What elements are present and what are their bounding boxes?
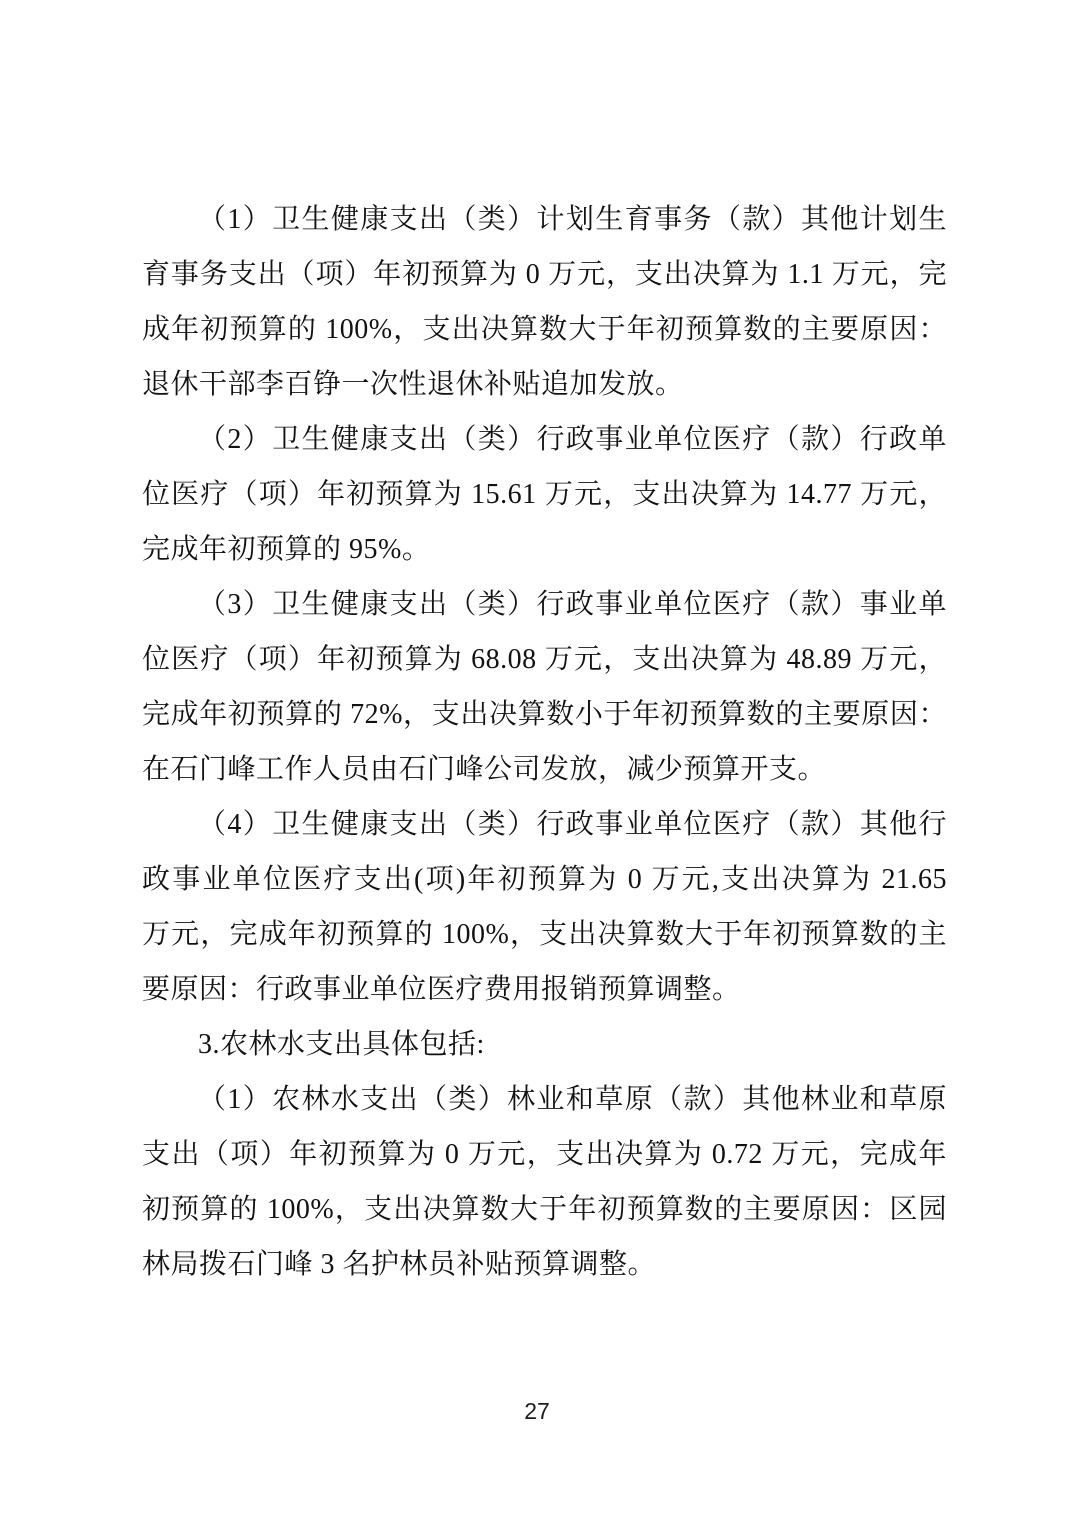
- text-line: 完成年初预算的 95%。: [142, 522, 947, 577]
- text-line: （4）卫生健康支出（类）行政事业单位医疗（款）其他行: [142, 797, 947, 852]
- text-line: （1）农林水支出（类）林业和草原（款）其他林业和草原: [142, 1072, 947, 1127]
- text-line: （3）卫生健康支出（类）行政事业单位医疗（款）事业单: [142, 577, 947, 632]
- text-line: 位医疗（项）年初预算为 68.08 万元，支出决算为 48.89 万元，: [142, 632, 947, 687]
- text-line: 完成年初预算的 72%，支出决算数小于年初预算数的主要原因：: [142, 687, 947, 742]
- text-line: 位医疗（项）年初预算为 15.61 万元，支出决算为 14.77 万元，: [142, 467, 947, 522]
- text-line: 3.农林水支出具体包括:: [142, 1017, 947, 1072]
- page-number: 27: [0, 1398, 1074, 1425]
- text-line: 退休干部李百铮一次性退休补贴追加发放。: [142, 357, 947, 412]
- text-line: 在石门峰工作人员由石门峰公司发放，减少预算开支。: [142, 742, 947, 797]
- text-line: 林局拨石门峰 3 名护林员补贴预算调整。: [142, 1237, 947, 1292]
- text-line: 成年初预算的 100%，支出决算数大于年初预算数的主要原因：: [142, 302, 947, 357]
- text-line: 政事业单位医疗支出(项)年初预算为 0 万元,支出决算为 21.65: [142, 852, 947, 907]
- text-line: 初预算的 100%，支出决算数大于年初预算数的主要原因：区园: [142, 1182, 947, 1237]
- text-line: （2）卫生健康支出（类）行政事业单位医疗（款）行政单: [142, 412, 947, 467]
- text-line: 支出（项）年初预算为 0 万元，支出决算为 0.72 万元，完成年: [142, 1127, 947, 1182]
- body-text: （1）卫生健康支出（类）计划生育事务（款）其他计划生育事务支出（项）年初预算为 …: [142, 192, 947, 1292]
- text-line: 要原因：行政事业单位医疗费用报销预算调整。: [142, 962, 947, 1017]
- document-page: （1）卫生健康支出（类）计划生育事务（款）其他计划生育事务支出（项）年初预算为 …: [0, 0, 1074, 1520]
- text-line: 万元，完成年初预算的 100%，支出决算数大于年初预算数的主: [142, 907, 947, 962]
- text-line: （1）卫生健康支出（类）计划生育事务（款）其他计划生: [142, 192, 947, 247]
- text-line: 育事务支出（项）年初预算为 0 万元，支出决算为 1.1 万元，完: [142, 247, 947, 302]
